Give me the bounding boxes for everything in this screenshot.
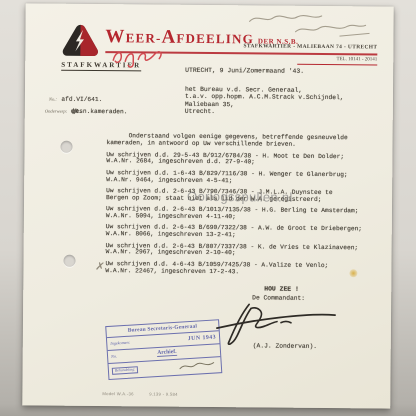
stamp-received-label: Ingekomen: bbox=[110, 340, 130, 346]
recipient-block: het Bureau v.d. Secr. Generaal, t.a.v. o… bbox=[185, 86, 344, 117]
casualty-entry: Uw schrijven d.d. 4-6-43 B/1059/7425/38 … bbox=[105, 261, 383, 277]
pencil-x-mark: ✗ bbox=[95, 259, 106, 273]
punch-hole bbox=[63, 255, 75, 267]
received-stamp: Bureau Secretaris-Generaal Ingekomen: JU… bbox=[105, 319, 222, 379]
punch-hole bbox=[60, 141, 72, 153]
pencil-annotation bbox=[243, 9, 383, 44]
date-line: UTRECHT, 9 Juni/Zomermaand '43. bbox=[185, 67, 304, 75]
form-print-code: 9.139 - 9.584 bbox=[149, 391, 178, 396]
intro-paragraph: Onderstaand volgen eenige gegevens, betr… bbox=[107, 133, 359, 149]
letter-body: Onderstaand volgen eenige gegevens, betr… bbox=[105, 133, 384, 281]
watermark: Oorlogsspullen.nl bbox=[187, 189, 293, 205]
paper-stain bbox=[349, 269, 357, 277]
subject-label: Onderwerp: bbox=[45, 109, 68, 114]
casualty-entry: Uw schrijven d.d. 2-6-43 B/807/7337/38 -… bbox=[106, 243, 384, 259]
subject-line: Onderwerp: gesn.kameraden. bbox=[45, 100, 128, 119]
telephone-line: TEL. 10141 - 20141 bbox=[297, 57, 377, 65]
signature bbox=[211, 298, 343, 347]
salute-line: HOU ZEE ! bbox=[264, 285, 299, 292]
recipient-line: Utrecht. bbox=[185, 108, 344, 117]
casualty-entry: Uw schrijven d.d. 2-6-43 B/690/7322/38 -… bbox=[106, 224, 384, 240]
casualty-entry: Uw schrijven d.d. 1-6-43 B/829/7116/38 -… bbox=[106, 170, 384, 186]
letter-document: WEER-AFDEELINGDER N.S.B. STAFKWARTIER - … bbox=[22, 3, 393, 408]
stamp-archive-label: Archief. bbox=[157, 349, 177, 357]
form-model-number: Model W.A.-36 bbox=[102, 391, 133, 396]
red-pencil-annotation bbox=[107, 44, 169, 71]
form-model-print: Model W.A.-36 9.139 - 9.584 bbox=[102, 391, 191, 397]
subject-value-extra: dR. bbox=[71, 108, 82, 115]
casualty-entry: Uw schrijven d.d. 29-5-43 B/912/6784/38 … bbox=[106, 152, 384, 168]
stamp-handling-label: Behandeling: bbox=[112, 366, 139, 375]
stamp-no-label: No. bbox=[111, 353, 117, 358]
casualty-entry: Uw schrijven d.d. 2-6-43 B/1013/7135/38 … bbox=[106, 206, 384, 222]
stamp-handwriting bbox=[177, 358, 218, 372]
